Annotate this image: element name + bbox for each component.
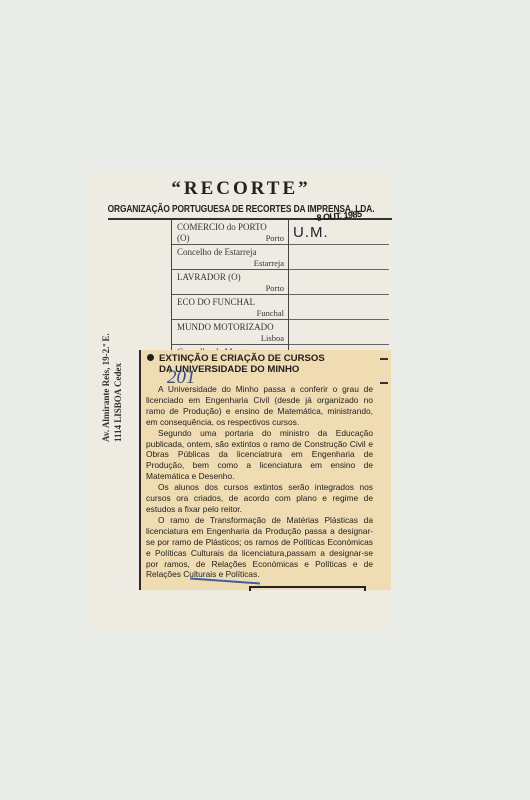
publication-row: LAVRADOR (O) Porto — [172, 270, 288, 295]
newspaper-article: EXTINÇÃO E CRIAÇÃO DE CURSOS DA UNIVERSI… — [139, 350, 391, 590]
column-divider — [288, 219, 289, 359]
margin-mark — [380, 358, 388, 360]
margin-mark — [380, 382, 388, 384]
paragraph: Segundo uma portaria do ministro da Educ… — [146, 428, 373, 483]
publication-row: ECO DO FUNCHAL Funchal — [172, 295, 288, 320]
record-line — [289, 344, 389, 345]
record-line — [289, 319, 389, 320]
record-line — [289, 244, 389, 245]
address-line-2: 1114 LISBOA Cedex — [112, 333, 124, 442]
handwritten-mark: U.M. — [293, 224, 329, 241]
bottom-bracket — [249, 586, 366, 588]
publication-row: COMERCIO do PORTO (O) Porto — [172, 220, 288, 245]
address-line-1: Av. Almirante Reis, 19-2.º E. — [100, 333, 112, 442]
agency-address: Av. Almirante Reis, 19-2.º E. 1114 LISBO… — [100, 333, 124, 442]
paragraph: O ramo de Transformação de Matérias Plás… — [146, 515, 373, 580]
paragraph: A Universidade do Minho passa a conferir… — [146, 384, 373, 428]
publication-row: Concelho de Estarreja Estarreja — [172, 245, 288, 270]
article-body: A Universidade do Minho passa a conferir… — [146, 384, 373, 580]
record-line — [289, 294, 389, 295]
paragraph: Os alunos dos cursos extintos serão inte… — [146, 482, 373, 515]
agency-title: “RECORTE” — [88, 178, 394, 200]
publication-row: MUNDO MOTORIZADO Lisboa — [172, 320, 288, 345]
bullet-icon — [147, 354, 154, 361]
record-line — [289, 269, 389, 270]
